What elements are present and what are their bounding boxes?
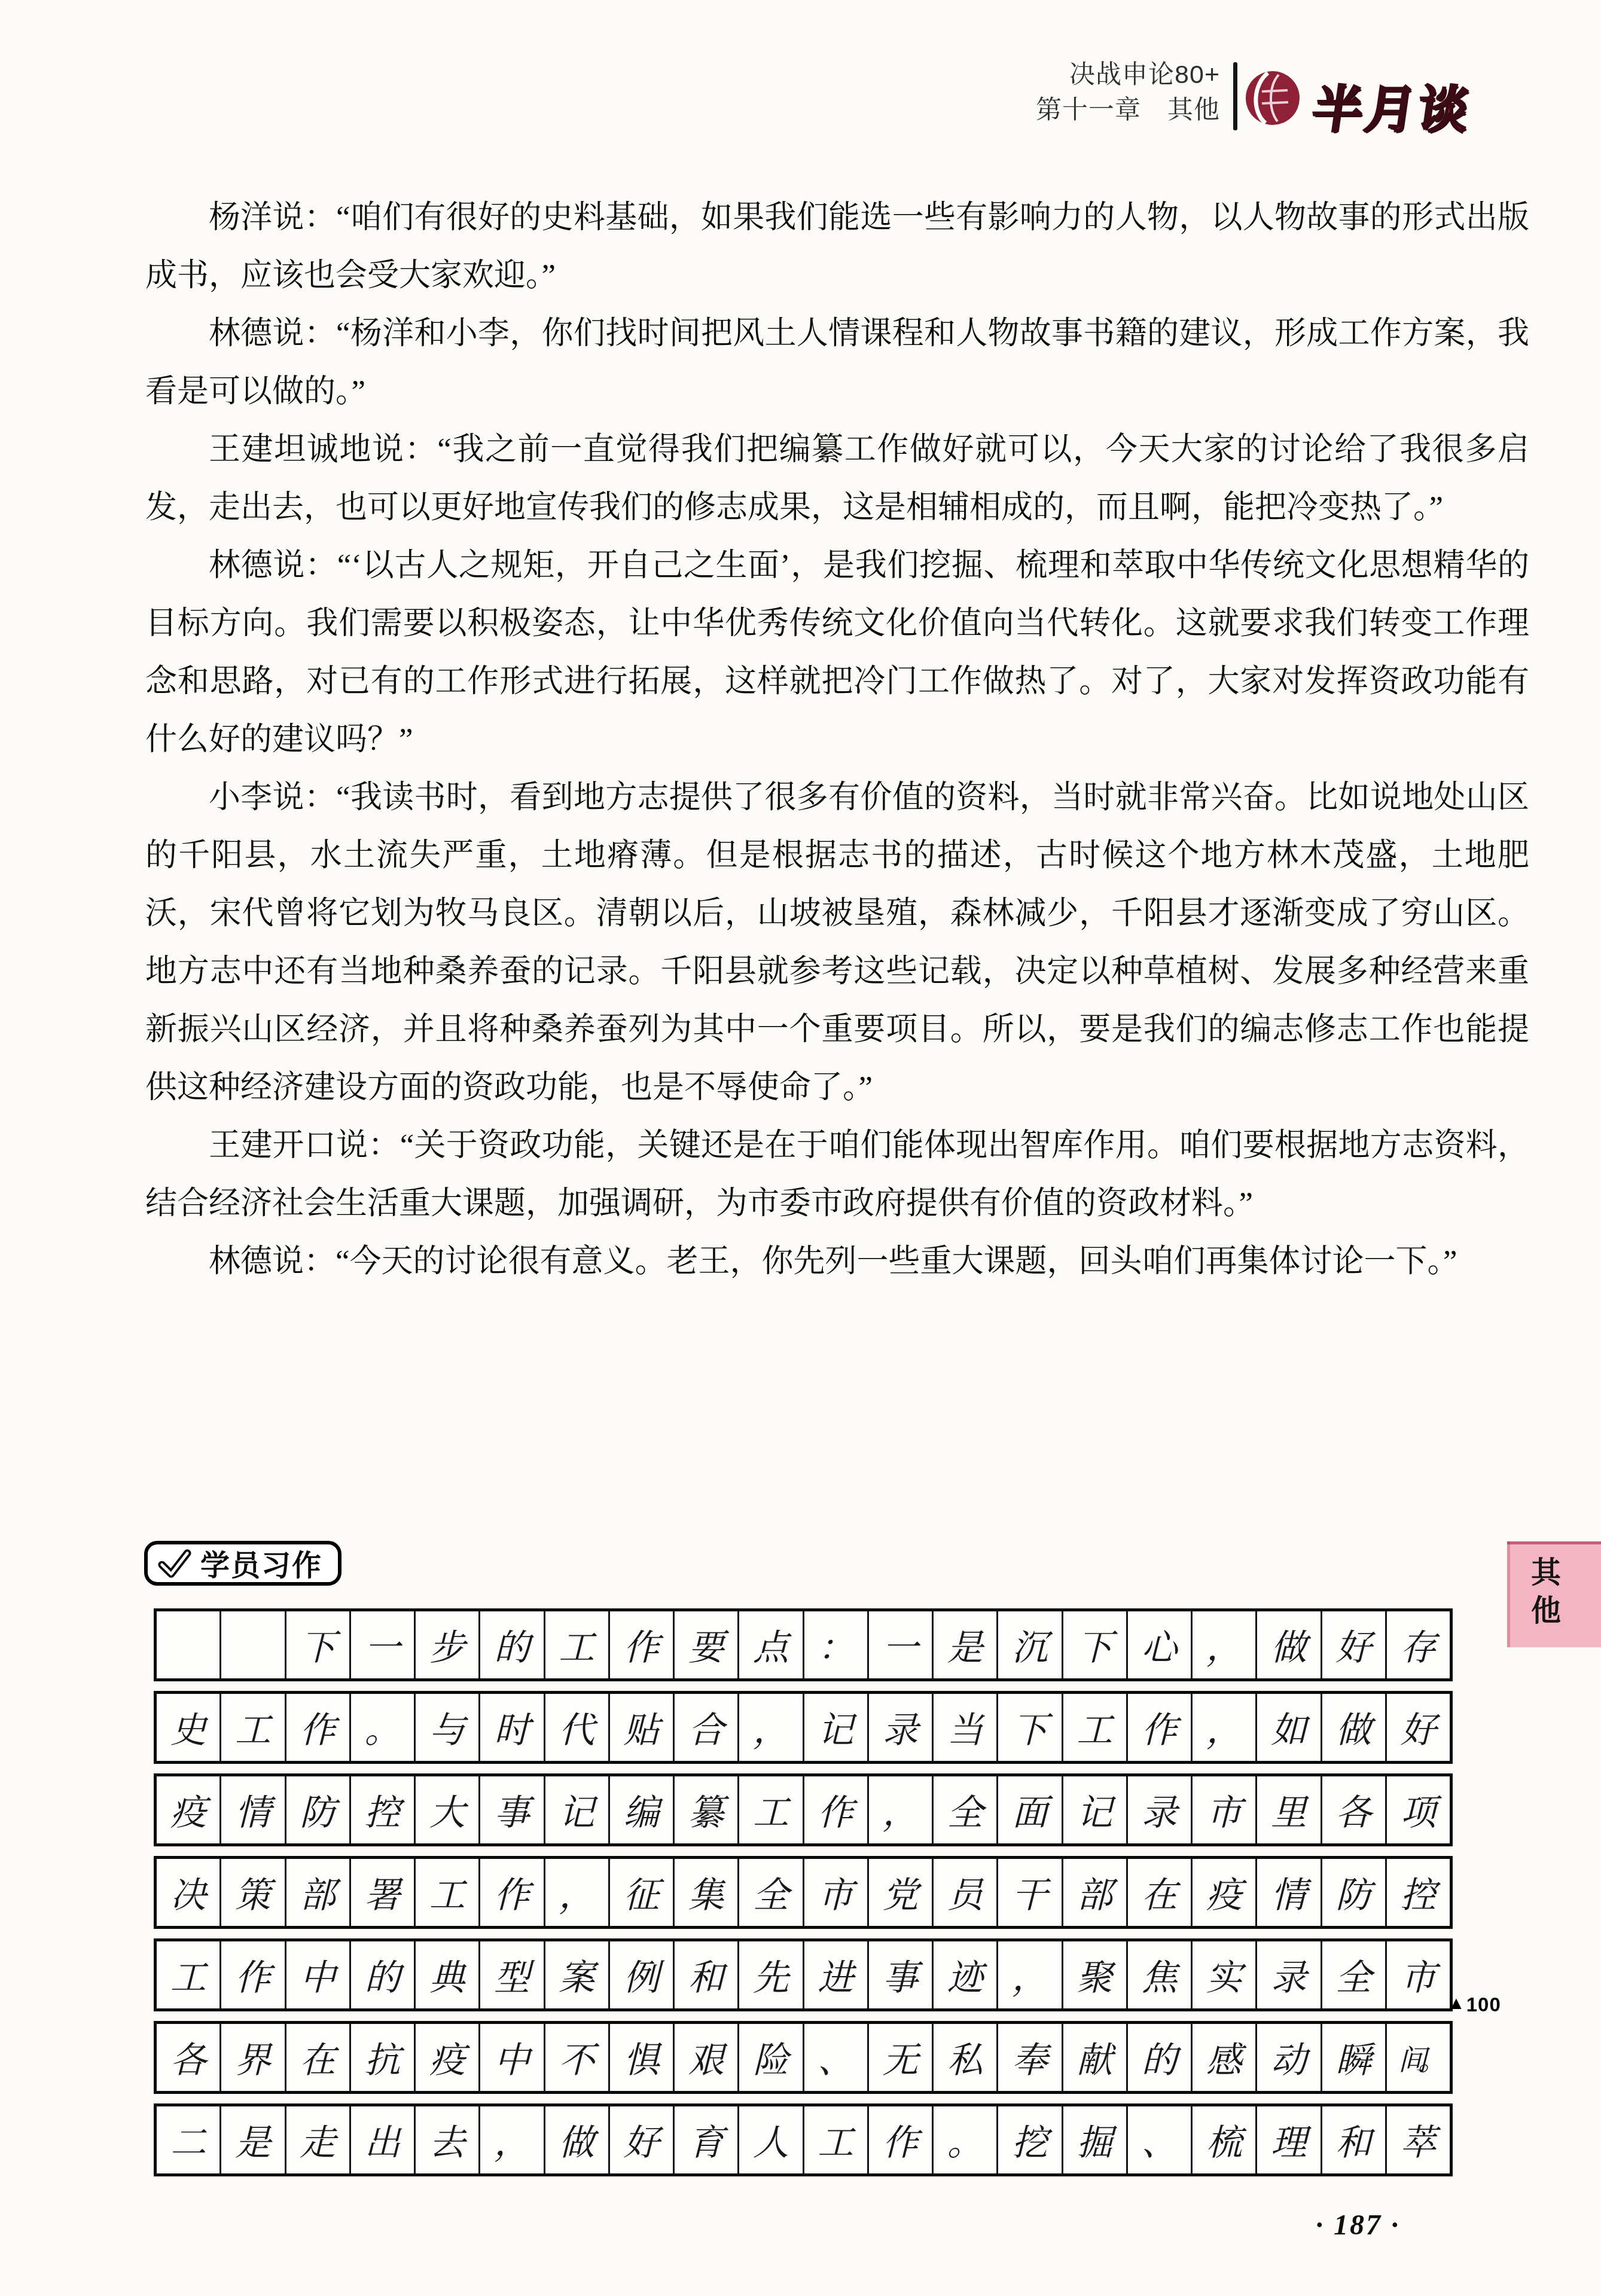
grid-cell: 大 <box>416 1776 480 1843</box>
grid-cell: 惧 <box>610 2024 675 2091</box>
dialogue-paragraph: 王建坦诚地说：“我之前一直觉得我们把编纂工作做好就可以，今天大家的讨论给了我很多… <box>145 421 1529 537</box>
grid-cell: 理 <box>1257 2106 1322 2173</box>
dialogue-paragraph: 林德说：“今天的讨论很有意义。老王，你先列一些重大课题，回头咱们再集体讨论一下。… <box>145 1233 1529 1291</box>
check-icon <box>157 1548 192 1579</box>
grid-cell: 型 <box>480 1941 545 2008</box>
grid-cell: 先 <box>739 1941 804 2008</box>
grid-cell: 如 <box>1257 1694 1322 1761</box>
banyuetan-globe-icon <box>1244 69 1301 127</box>
grid-cell: 无 <box>869 2024 934 2091</box>
grid-cell: ， <box>480 2106 545 2173</box>
grid-cell: 出 <box>351 2106 416 2173</box>
composition-grid: 下一步的工作要点：一是沉下心，做好存史工作。与时代贴合，记录当下工作，如做好疫情… <box>154 1608 1453 2186</box>
grid-cell: ， <box>545 1859 610 1926</box>
chapter-title: 第十一章 其他 <box>921 93 1220 128</box>
grid-cell: 项 <box>1387 1776 1450 1843</box>
grid-cell: 作 <box>804 1776 869 1843</box>
chapter-side-tab: 其 他 <box>1507 1541 1601 1647</box>
grid-cell: 在 <box>286 2024 351 2091</box>
grid-cell: 、 <box>1128 2106 1193 2173</box>
dialogue-paragraph: 林德说：“杨洋和小李，你们找时间把风土人情课程和人物故事书籍的建议，形成工作方案… <box>145 305 1529 421</box>
grid-cell: 去 <box>416 2106 480 2173</box>
grid-cell: 做 <box>1322 1694 1387 1761</box>
grid-cell: 部 <box>1063 1859 1128 1926</box>
grid-cell: 疫 <box>1193 1859 1257 1926</box>
grid-cell: 中 <box>286 1941 351 2008</box>
header-meta: 决战申论80+ 第十一章 其他 <box>921 57 1220 128</box>
grid-cell: 市 <box>1193 1776 1257 1843</box>
grid-cell: 作 <box>286 1694 351 1761</box>
grid-cell: 录 <box>1128 1776 1193 1843</box>
grid-cell: 工 <box>221 1694 286 1761</box>
grid-cell: 步 <box>416 1611 480 1678</box>
page-number: · 187 · <box>1316 2209 1400 2242</box>
brand-name: 半月谈 <box>1308 69 1476 142</box>
grid-cell: 育 <box>675 2106 739 2173</box>
grid-cell: 记 <box>804 1694 869 1761</box>
grid-cell: 好 <box>1322 1611 1387 1678</box>
grid-cell: 萃 <box>1387 2106 1450 2173</box>
grid-cell: 实 <box>1193 1941 1257 2008</box>
grid-cell: 下 <box>286 1611 351 1678</box>
grid-cell: 瞬 <box>1322 2024 1387 2091</box>
grid-cell: 动 <box>1257 2024 1322 2091</box>
grid-cell: 情 <box>1257 1859 1322 1926</box>
grid-cell: 一 <box>869 1611 934 1678</box>
dialogue-paragraph: 王建开口说：“关于资政功能，关键还是在于咱们能体现出智库作用。咱们要根据地方志资… <box>145 1117 1529 1233</box>
grid-cell: 私 <box>934 2024 998 2091</box>
grid-cell: 署 <box>351 1859 416 1926</box>
grid-cell: 是 <box>221 2106 286 2173</box>
grid-cell: 沉 <box>998 1611 1063 1678</box>
student-work-badge: 学员习作 <box>144 1541 341 1586</box>
grid-cell: 是 <box>934 1611 998 1678</box>
grid-cell: 下 <box>998 1694 1063 1761</box>
grid-cell: 部 <box>286 1859 351 1926</box>
grid-cell: 间。 <box>1387 2024 1450 2091</box>
grid-cell: 存 <box>1387 1611 1450 1678</box>
grid-cell <box>157 1611 221 1678</box>
grid-cell: 进 <box>804 1941 869 2008</box>
grid-row: 工作中的典型案例和先进事迹，聚焦实录全市 <box>154 1938 1453 2011</box>
grid-cell: 工 <box>804 2106 869 2173</box>
grid-cell: 控 <box>1387 1859 1450 1926</box>
grid-cell: 一 <box>351 1611 416 1678</box>
grid-cell: 的 <box>351 1941 416 2008</box>
grid-cell: 感 <box>1193 2024 1257 2091</box>
grid-cell: 记 <box>1063 1776 1128 1843</box>
grid-cell: 代 <box>545 1694 610 1761</box>
grid-cell: 下 <box>1063 1611 1128 1678</box>
chapter-tab-label: 其 他 <box>1507 1541 1601 1630</box>
grid-cell: 艰 <box>675 2024 739 2091</box>
grid-cell: 和 <box>675 1941 739 2008</box>
grid-cell: ， <box>1193 1611 1257 1678</box>
grid-cell: 的 <box>1128 2024 1193 2091</box>
grid-cell: 抗 <box>351 2024 416 2091</box>
grid-cell: ， <box>1193 1694 1257 1761</box>
grid-cell <box>221 1611 286 1678</box>
grid-cell: 二 <box>157 2106 221 2173</box>
grid-cell: 作 <box>1128 1694 1193 1761</box>
grid-cell: 界 <box>221 2024 286 2091</box>
grid-cell: 迹 <box>934 1941 998 2008</box>
grid-cell: 工 <box>739 1776 804 1843</box>
grid-cell: ， <box>998 1941 1063 2008</box>
grid-cell: 工 <box>1063 1694 1128 1761</box>
dialogue-paragraph: 小李说：“我读书时，看到地方志提供了很多有价值的资料，当时就非常兴奋。比如说地处… <box>145 769 1529 1117</box>
grid-cell: ： <box>804 1611 869 1678</box>
grid-row: 二是走出去，做好育人工作。挖掘、梳理和萃 <box>154 2103 1453 2176</box>
grid-cell: 作 <box>480 1859 545 1926</box>
grid-cell: 和 <box>1322 2106 1387 2173</box>
grid-cell: 好 <box>1387 1694 1450 1761</box>
grid-cell: 时 <box>480 1694 545 1761</box>
grid-cell: 合 <box>675 1694 739 1761</box>
grid-cell: 作 <box>221 1941 286 2008</box>
word-count-marker: ▲ 100 <box>1447 1995 1501 2015</box>
grid-cell: 心 <box>1128 1611 1193 1678</box>
grid-cell: 献 <box>1063 2024 1128 2091</box>
grid-cell: 里 <box>1257 1776 1322 1843</box>
grid-cell: ， <box>739 1694 804 1761</box>
grid-cell: 工 <box>416 1859 480 1926</box>
grid-cell: 走 <box>286 2106 351 2173</box>
grid-cell: 纂 <box>675 1776 739 1843</box>
student-work-label: 学员习作 <box>200 1543 322 1584</box>
grid-row: 决策部署工作，征集全市党员干部在疫情防控 <box>154 1856 1453 1929</box>
grid-cell: 梳 <box>1193 2106 1257 2173</box>
grid-cell: 工 <box>545 1611 610 1678</box>
grid-cell: 干 <box>998 1859 1063 1926</box>
grid-cell: 防 <box>1322 1859 1387 1926</box>
dialogue-text: 杨洋说：“咱们有很好的史料基础，如果我们能选一些有影响力的人物，以人物故事的形式… <box>145 189 1529 1291</box>
grid-row: 各界在抗疫中不惧艰险、无私奉献的感动瞬间。 <box>154 2021 1453 2094</box>
dialogue-paragraph: 林德说：“‘以古人之规矩，开自己之生面’，是我们挖掘、梳理和萃取中华传统文化思想… <box>145 537 1529 769</box>
grid-cell: 挖 <box>998 2106 1063 2173</box>
grid-cell: 作 <box>610 1611 675 1678</box>
word-count-value: 100 <box>1466 1995 1501 2015</box>
triangle-up-icon: ▲ <box>1447 1995 1465 2013</box>
grid-cell: 各 <box>157 2024 221 2091</box>
grid-cell: 案 <box>545 1941 610 2008</box>
grid-cell: 的 <box>480 1611 545 1678</box>
grid-cell: 情 <box>221 1776 286 1843</box>
grid-cell: 险 <box>739 2024 804 2091</box>
grid-cell: 决 <box>157 1859 221 1926</box>
grid-cell: 记 <box>545 1776 610 1843</box>
grid-cell: 全 <box>739 1859 804 1926</box>
grid-cell: 集 <box>675 1859 739 1926</box>
grid-cell: 奉 <box>998 2024 1063 2091</box>
grid-row: 史工作。与时代贴合，记录当下工作，如做好 <box>154 1691 1453 1764</box>
grid-cell: 人 <box>739 2106 804 2173</box>
grid-cell: 例 <box>610 1941 675 2008</box>
grid-cell: 做 <box>1257 1611 1322 1678</box>
grid-cell: 焦 <box>1128 1941 1193 2008</box>
grid-cell: 疫 <box>416 2024 480 2091</box>
grid-cell: 事 <box>869 1941 934 2008</box>
book-title: 决战申论80+ <box>921 57 1220 93</box>
grid-cell: 中 <box>480 2024 545 2091</box>
grid-cell: 与 <box>416 1694 480 1761</box>
grid-cell: 聚 <box>1063 1941 1128 2008</box>
grid-cell: 在 <box>1128 1859 1193 1926</box>
grid-cell: ， <box>869 1776 934 1843</box>
grid-cell: 控 <box>351 1776 416 1843</box>
grid-cell: 党 <box>869 1859 934 1926</box>
grid-cell: 面 <box>998 1776 1063 1843</box>
grid-cell: 、 <box>804 2024 869 2091</box>
grid-cell: 编 <box>610 1776 675 1843</box>
grid-cell: 好 <box>610 2106 675 2173</box>
grid-cell: 典 <box>416 1941 480 2008</box>
grid-cell: 当 <box>934 1694 998 1761</box>
grid-row: 下一步的工作要点：一是沉下心，做好存 <box>154 1608 1453 1681</box>
grid-cell: 员 <box>934 1859 998 1926</box>
grid-row: 疫情防控大事记编纂工作，全面记录市里各项 <box>154 1773 1453 1846</box>
grid-cell: 策 <box>221 1859 286 1926</box>
dialogue-paragraph: 杨洋说：“咱们有很好的史料基础，如果我们能选一些有影响力的人物，以人物故事的形式… <box>145 189 1529 305</box>
grid-cell: 录 <box>1257 1941 1322 2008</box>
header-divider <box>1233 62 1237 130</box>
grid-cell: 全 <box>934 1776 998 1843</box>
grid-cell: 事 <box>480 1776 545 1843</box>
grid-cell: 掘 <box>1063 2106 1128 2173</box>
grid-cell: 贴 <box>610 1694 675 1761</box>
grid-cell: 点 <box>739 1611 804 1678</box>
grid-cell: 作 <box>869 2106 934 2173</box>
grid-cell: 全 <box>1322 1941 1387 2008</box>
grid-cell: 征 <box>610 1859 675 1926</box>
grid-cell: 工 <box>157 1941 221 2008</box>
grid-cell: 史 <box>157 1694 221 1761</box>
grid-cell: 不 <box>545 2024 610 2091</box>
grid-cell: 防 <box>286 1776 351 1843</box>
grid-cell: 市 <box>804 1859 869 1926</box>
grid-cell: 各 <box>1322 1776 1387 1843</box>
grid-cell: 做 <box>545 2106 610 2173</box>
grid-cell: 疫 <box>157 1776 221 1843</box>
grid-cell: 。 <box>351 1694 416 1761</box>
grid-cell: 要 <box>675 1611 739 1678</box>
grid-cell: 市 <box>1387 1941 1450 2008</box>
grid-cell: 录 <box>869 1694 934 1761</box>
grid-cell: 。 <box>934 2106 998 2173</box>
